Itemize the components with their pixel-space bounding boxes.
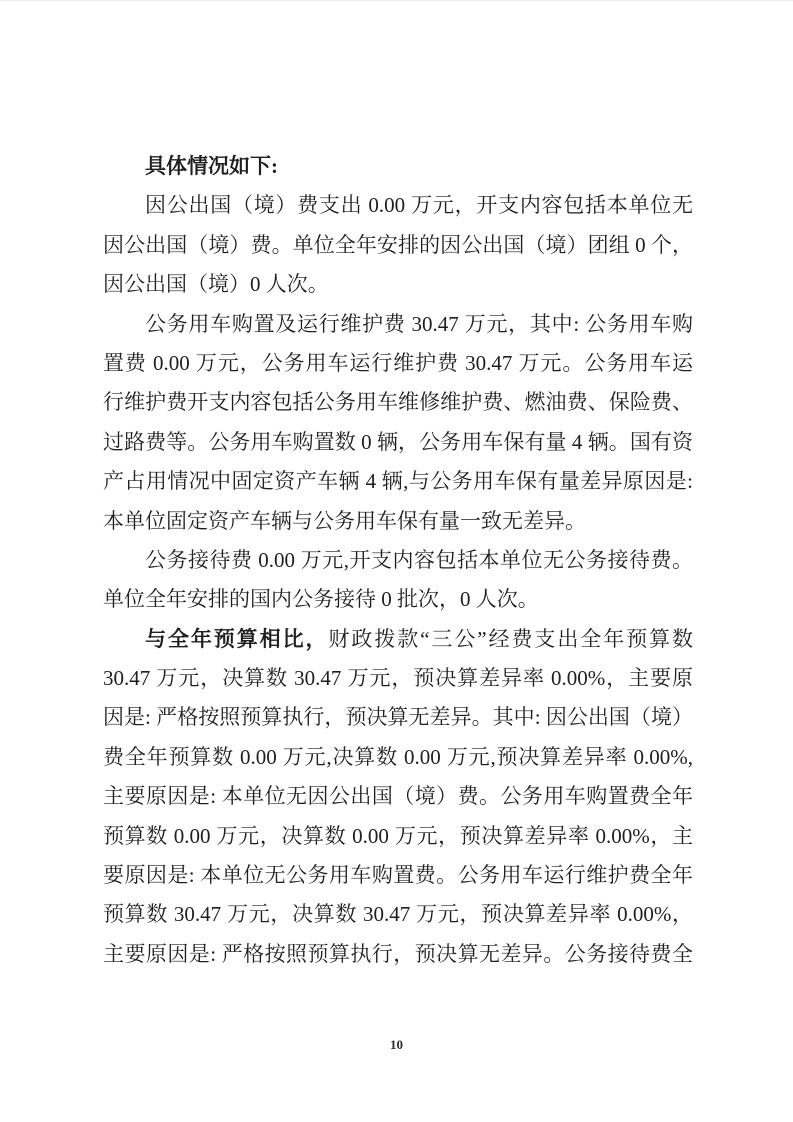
text-segment: 预算数 30.47 万元，决算数 30.47 万元，预决算差异率 0.00%， (103, 902, 693, 926)
text-segment: 公务接待费 0.00 万元,开支内容包括本单位无公务接待费。 (145, 548, 693, 572)
text-segment: 过路费等。公务用车购置数 0 辆，公务用车保有量 4 辆。国有资 (103, 430, 693, 454)
text-segment: 本单位固定资产车辆与公务用车保有量一致无差异。 (103, 509, 586, 533)
text-line: 产占用情况中固定资产车辆 4 辆,与公务用车保有量差异原因是: (103, 462, 693, 501)
text-segment: 费全年预算数 0.00 万元,决算数 0.00 万元,预决算差异率 0.00%, (103, 745, 693, 769)
text-segment: 因公出国（境）费。单位全年安排的因公出国（境）团组 0 个， (103, 233, 693, 257)
text-line: 本单位固定资产车辆与公务用车保有量一致无差异。 (103, 502, 693, 541)
text-segment: 预算数 0.00 万元，决算数 0.00 万元，预决算差异率 0.00%，主 (103, 824, 693, 848)
text-segment: 财政拨款“三公”经费支出全年预算数 (328, 627, 693, 651)
document-page: 具体情况如下:因公出国（境）费支出 0.00 万元，开支内容包括本单位无因公出国… (0, 0, 793, 1122)
text-line: 要原因是: 本单位无公务用车购置费。公务用车运行维护费全年 (103, 856, 693, 895)
text-line: 预算数 30.47 万元，决算数 30.47 万元，预决算差异率 0.00%， (103, 895, 693, 934)
text-line: 置费 0.00 万元，公务用车运行维护费 30.47 万元。公务用车运 (103, 344, 693, 383)
text-line: 因公出国（境）费。单位全年安排的因公出国（境）团组 0 个， (103, 226, 693, 265)
text-segment: 公务用车购置及运行维护费 30.47 万元，其中: 公务用车购 (145, 312, 693, 336)
text-segment: 主要原因是: 本单位无因公出国（境）费。公务用车购置费全年 (103, 784, 693, 808)
text-line: 公务接待费 0.00 万元,开支内容包括本单位无公务接待费。 (103, 541, 693, 580)
section-heading: 具体情况如下: (103, 147, 693, 186)
text-line: 费全年预算数 0.00 万元,决算数 0.00 万元,预决算差异率 0.00%, (103, 738, 693, 777)
text-segment: 单位全年安排的国内公务接待 0 批次，0 人次。 (103, 587, 539, 611)
text-line: 与全年预算相比，财政拨款“三公”经费支出全年预算数 (103, 620, 693, 659)
text-segment: 产占用情况中固定资产车辆 4 辆,与公务用车保有量差异原因是: (103, 469, 693, 493)
text-line: 主要原因是: 本单位无因公出国（境）费。公务用车购置费全年 (103, 777, 693, 816)
text-line: 因公出国（境）费支出 0.00 万元，开支内容包括本单位无 (103, 186, 693, 225)
text-line: 30.47 万元，决算数 30.47 万元，预决算差异率 0.00%，主要原 (103, 659, 693, 698)
text-segment: 置费 0.00 万元，公务用车运行维护费 30.47 万元。公务用车运 (103, 351, 693, 375)
text-segment: 因公出国（境）0 人次。 (103, 272, 329, 296)
text-line: 因是: 严格按照预算执行，预决算无差异。其中: 因公出国（境） (103, 698, 693, 737)
text-segment: 行维护费开支内容包括公务用车维修维护费、燃油费、保险费、 (103, 390, 693, 414)
text-line: 过路费等。公务用车购置数 0 辆，公务用车保有量 4 辆。国有资 (103, 423, 693, 462)
text-segment: 因是: 严格按照预算执行，预决算无差异。其中: 因公出国（境） (103, 705, 693, 729)
text-line: 因公出国（境）0 人次。 (103, 265, 693, 304)
text-line: 主要原因是: 严格按照预算执行，预决算无差异。公务接待费全 (103, 935, 693, 974)
page-number: 10 (0, 1037, 793, 1053)
bold-text-segment: 与全年预算相比， (145, 627, 328, 651)
text-line: 行维护费开支内容包括公务用车维修维护费、燃油费、保险费、 (103, 383, 693, 422)
text-line: 公务用车购置及运行维护费 30.47 万元，其中: 公务用车购 (103, 305, 693, 344)
text-segment: 主要原因是: 严格按照预算执行，预决算无差异。公务接待费全 (103, 942, 693, 966)
body-text: 具体情况如下:因公出国（境）费支出 0.00 万元，开支内容包括本单位无因公出国… (103, 147, 693, 974)
text-segment: 因公出国（境）费支出 0.00 万元，开支内容包括本单位无 (145, 193, 693, 217)
text-line: 预算数 0.00 万元，决算数 0.00 万元，预决算差异率 0.00%，主 (103, 817, 693, 856)
text-segment: 30.47 万元，决算数 30.47 万元，预决算差异率 0.00%，主要原 (103, 666, 693, 690)
text-line: 单位全年安排的国内公务接待 0 批次，0 人次。 (103, 580, 693, 619)
bold-text-segment: 具体情况如下: (145, 154, 278, 178)
text-segment: 要原因是: 本单位无公务用车购置费。公务用车运行维护费全年 (103, 863, 693, 887)
